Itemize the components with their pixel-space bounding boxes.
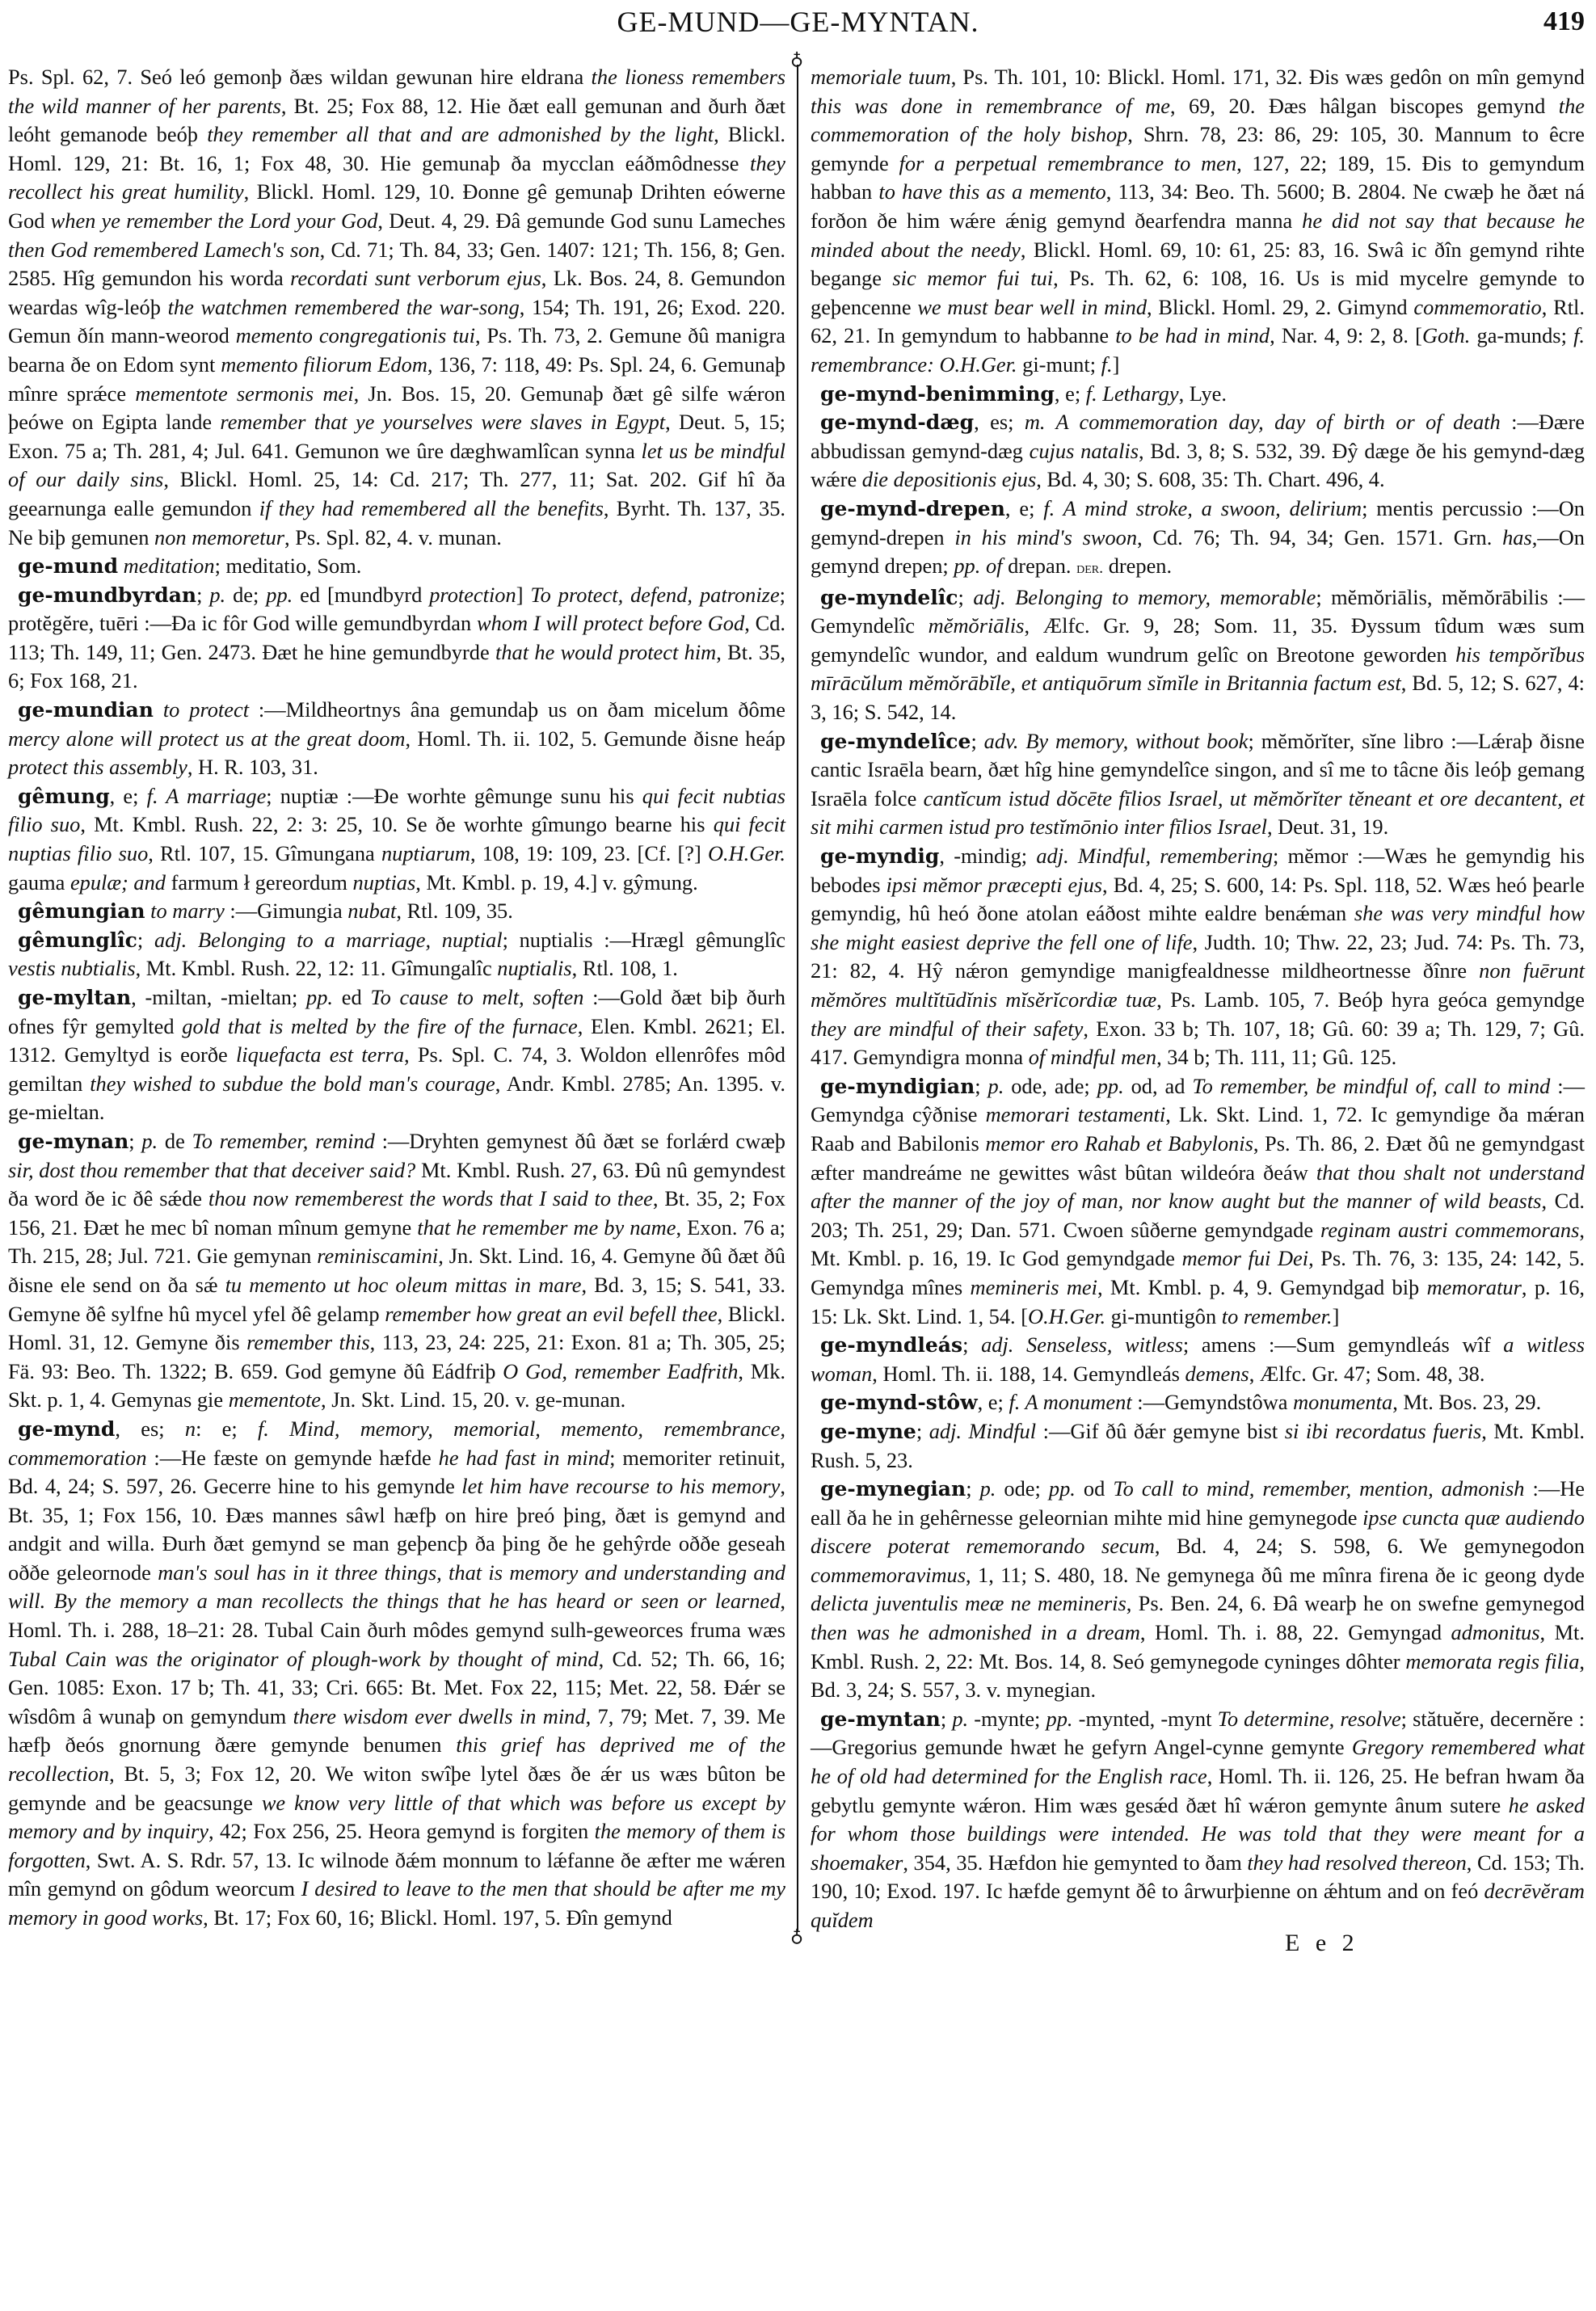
- entry-text: gauma: [8, 870, 70, 895]
- entry-text: , e;: [1005, 496, 1043, 520]
- entry-text: , 69, 20. Ðæs hâlgan biscopes gemynd: [1170, 94, 1559, 118]
- headword: ge-mynan: [18, 1130, 128, 1153]
- italic-gloss: To remember, be mindful of, call to mind: [1192, 1074, 1550, 1098]
- entry-text: :—Gimungia: [225, 899, 347, 923]
- entry-text: drepan.: [1002, 554, 1076, 578]
- dictionary-entry: ge-myndleás; adj. Senseless, witless; am…: [811, 1331, 1585, 1388]
- italic-gloss: p.: [209, 583, 225, 607]
- italic-gloss: the watchmen remembered the war-song: [168, 295, 520, 319]
- italic-gloss: we must bear well in mind: [917, 295, 1147, 319]
- entry-text: ]: [1113, 352, 1120, 377]
- page-number: 419: [1543, 6, 1585, 37]
- entry-text: ga-munds;: [1470, 323, 1573, 347]
- entry-text: , Blickl. Homl. 29, 2. Gimynd: [1147, 295, 1413, 319]
- entry-text: :—He fæste on gemynde hæfde: [147, 1446, 439, 1470]
- italic-gloss: that he remember me by name: [417, 1215, 676, 1240]
- italic-gloss: To protect, defend, patronize: [530, 583, 779, 607]
- headword: ge-mynd-benimming: [820, 382, 1055, 406]
- entry-text: , Homl. Th. i. 88, 22. Gemyngad: [1140, 1620, 1451, 1644]
- entry-text: ode, ade;: [1004, 1074, 1097, 1098]
- entry-text: , -mindig;: [939, 844, 1036, 868]
- entry-text: od: [1076, 1476, 1113, 1501]
- headword: gêmunglîc: [18, 928, 137, 952]
- italic-gloss: remember this: [246, 1330, 370, 1354]
- entry-text: de;: [225, 583, 266, 607]
- dictionary-entry: ge-myne; adj. Mindful :—Gif ðû ðǽr gemyn…: [811, 1417, 1585, 1475]
- dictionary-entry: ge-myndelîc; adj. Belonging to memory, m…: [811, 583, 1585, 727]
- small-caps-abbrev: der.: [1076, 559, 1103, 577]
- italic-gloss: monumenta: [1293, 1390, 1392, 1414]
- italic-gloss: vestis nubtialis: [8, 956, 136, 980]
- italic-gloss: cujus natalis: [1030, 439, 1139, 463]
- italic-gloss: p.: [988, 1074, 1004, 1098]
- italic-gloss: To call to mind, remember, mention, admo…: [1113, 1476, 1524, 1501]
- italic-gloss: of mindful men: [1029, 1045, 1156, 1069]
- italic-gloss: they wished to subdue the bold man's cou…: [90, 1071, 495, 1096]
- entry-text: , Ps. Spl. 82, 4. v. munan.: [284, 525, 502, 549]
- italic-gloss: to be had in mind: [1115, 323, 1270, 347]
- entry-text: :—Dryhten gemynest ðû ðæt se forlǽrd cwæ…: [375, 1129, 785, 1153]
- entry-text: , e;: [110, 784, 147, 808]
- italic-gloss: p.: [141, 1129, 158, 1153]
- italic-gloss: memento congregationis tui: [236, 323, 475, 347]
- entry-text: , Mt. Bos. 23, 29.: [1392, 1390, 1541, 1414]
- italic-gloss: memento filiorum Edom: [221, 352, 427, 377]
- italic-gloss: to protect: [163, 697, 249, 722]
- italic-gloss: sic memor fui tui: [892, 266, 1053, 290]
- italic-gloss: then was he admonished in a dream: [811, 1620, 1140, 1644]
- italic-gloss: nubat: [347, 899, 396, 923]
- italic-gloss: commemoratio: [1413, 295, 1541, 319]
- entry-text: ]: [1333, 1304, 1340, 1328]
- continued-entry-text: memoriale tuum, Ps. Th. 101, 10: Blickl.…: [811, 63, 1585, 380]
- dictionary-entry: gêmungian to marry :—Gimungia nubat, Rtl…: [8, 897, 785, 926]
- dictionary-entry: ge-myntan; p. -mynte; pp. -mynted, -mynt…: [811, 1705, 1585, 1935]
- entry-text: ed: [333, 985, 370, 1009]
- entry-text: , Ps. Th. 101, 10: Blickl. Homl. 171, 32…: [951, 65, 1585, 89]
- entry-text: , Mt. Kmbl. p. 19, 4.] v. gŷmung.: [415, 870, 697, 895]
- italic-gloss: they had resolved thereon: [1247, 1850, 1466, 1875]
- italic-gloss: liquefacta est terra: [236, 1042, 404, 1067]
- italic-gloss: memoratur: [1427, 1275, 1522, 1299]
- dictionary-entry: ge-mynd-dæg, es; m. A commemoration day,…: [811, 408, 1585, 495]
- italic-gloss: memorari testamenti: [986, 1102, 1166, 1126]
- italic-gloss: gold that is melted by the fire of the f…: [182, 1014, 577, 1038]
- entry-text: , Mt. Kmbl. Rush. 22, 12: 11. Gîmungalîc: [136, 956, 498, 980]
- italic-gloss: epulæ; and: [70, 870, 166, 895]
- entry-text: , Mt. Kmbl. p. 4, 9. Gemyndgad biþ: [1097, 1275, 1427, 1299]
- headword: ge-myne: [820, 1420, 916, 1443]
- column-rule-bottom-ornament-icon: ♁: [790, 1927, 803, 1945]
- dictionary-entry: ge-myltan, -miltan, -mieltan; pp. ed To …: [8, 983, 785, 1127]
- headword: ge-mynd: [18, 1417, 115, 1441]
- headword: ge-myndelîce: [820, 730, 971, 753]
- entry-text: ;: [975, 1074, 987, 1098]
- italic-gloss: tu memento ut hoc oleum mittas in mare: [225, 1273, 582, 1297]
- italic-gloss: ipsi mĕmor præcepti ejus: [886, 873, 1103, 897]
- dictionary-entry: ge-mynd-benimming, e; f. Lethargy, Lye.: [811, 380, 1585, 409]
- italic-gloss: that he would protect him: [495, 640, 716, 664]
- italic-gloss: memineris mei: [971, 1275, 1097, 1299]
- dictionary-entry: gêmung, e; f. A marriage; nuptiæ :—Ðe wo…: [8, 782, 785, 897]
- italic-gloss: then God remembered Lamech's son: [8, 238, 320, 262]
- dictionary-entry: ge-mundian to protect :—Mildheortnys âna…: [8, 696, 785, 782]
- italic-gloss: die depositionis ejus: [862, 467, 1037, 491]
- dictionary-entry: ge-mynan; p. de To remember, remind :—Dr…: [8, 1127, 785, 1415]
- italic-gloss: protection: [429, 583, 516, 607]
- italic-gloss: memor fui Dei: [1182, 1246, 1309, 1270]
- headword: ge-mundian: [18, 698, 154, 722]
- entry-text: , Rtl. 108, 1.: [572, 956, 678, 980]
- italic-gloss: O.H.Ger.: [708, 841, 785, 865]
- dictionary-entry: ge-mynd-stôw, e; f. A monument :—Gemynds…: [811, 1388, 1585, 1417]
- entry-text: , Cd. 76; Th. 94, 34; Gen. 1571. Grn.: [1137, 525, 1502, 549]
- italic-gloss: demens: [1185, 1362, 1249, 1386]
- italic-gloss: has: [1502, 525, 1532, 549]
- entry-text: , es;: [115, 1416, 184, 1441]
- headword: ge-myndleás: [820, 1333, 962, 1357]
- italic-gloss: for a perpetual remembrance to men: [899, 151, 1237, 175]
- entry-text: gi-munt;: [1017, 352, 1101, 377]
- entry-text: ed [mundbyrd: [293, 583, 429, 607]
- italic-gloss: pp.: [1046, 1707, 1073, 1731]
- headword: ge-mund: [18, 554, 118, 578]
- entry-text: ;: [941, 1707, 952, 1731]
- italic-gloss: O God, remember Eadfrith: [503, 1359, 738, 1383]
- entry-text: od, ad: [1124, 1074, 1193, 1098]
- entry-text: Ps. Spl. 62, 7. Seó leó gemonþ ðæs wilda…: [8, 65, 592, 89]
- italic-gloss: if they had remembered all the benefits: [259, 496, 604, 520]
- entry-text: , Bd. 4, 30; S. 608, 35: Th. Chart. 496,…: [1036, 467, 1384, 491]
- italic-gloss: p.: [980, 1476, 996, 1501]
- italic-gloss: non memoretur: [154, 525, 284, 549]
- italic-gloss: nuptialis: [497, 956, 571, 980]
- italic-gloss: adj. Senseless, witless: [981, 1332, 1183, 1357]
- entry-text: ]: [516, 583, 531, 607]
- entry-text: , 34 b; Th. 111, 11; Gû. 125.: [1156, 1045, 1396, 1069]
- entry-text: , Mt. Kmbl. Rush. 22, 2: 3: 25, 10. Se ð…: [80, 812, 713, 836]
- entry-text: ; nuptialis :—Hrægl gêmunglîc: [503, 928, 785, 952]
- italic-gloss: adj. Mindful: [929, 1419, 1036, 1443]
- entry-text: : e;: [196, 1416, 258, 1441]
- italic-gloss: memor ero Rahab et Babylonis: [985, 1131, 1253, 1155]
- entry-text: ;: [137, 928, 154, 952]
- italic-gloss: they remember all that and are admonishe…: [207, 122, 714, 146]
- italic-gloss: meditation: [124, 554, 215, 578]
- italic-gloss: pp.: [1049, 1476, 1076, 1501]
- italic-gloss: f. A monument: [1009, 1390, 1131, 1414]
- italic-gloss: adj. Belonging to memory, memorable: [973, 585, 1316, 609]
- italic-gloss: Goth.: [1422, 323, 1470, 347]
- headword: gêmungian: [18, 899, 145, 923]
- italic-gloss: f. A mind stroke, a swoon, delirium: [1043, 496, 1362, 520]
- italic-gloss: f. Lethargy: [1086, 381, 1179, 406]
- italic-gloss: thou now rememberest the words that I sa…: [208, 1186, 653, 1210]
- headword: ge-mynd-dæg: [820, 410, 974, 434]
- entry-text: -mynted, -mynt: [1073, 1707, 1218, 1731]
- italic-gloss: recordati sunt verborum ejus: [290, 266, 541, 290]
- entry-text: , Lye.: [1179, 381, 1227, 406]
- italic-gloss: memoriale tuum: [811, 65, 951, 89]
- italic-gloss: Tubal Cain was the originator of plough-…: [8, 1647, 599, 1671]
- entry-text: :—Gemyndstôwa: [1132, 1390, 1293, 1414]
- entry-text: , Jn. Skt. Lind. 15, 20. v. ge-munan.: [321, 1387, 625, 1412]
- italic-gloss: adv. By memory, without book: [984, 729, 1249, 753]
- entry-text: ;: [962, 1332, 981, 1357]
- continued-entry-text: Ps. Spl. 62, 7. Seó leó gemonþ ðæs wilda…: [8, 63, 785, 552]
- italic-gloss: protect this assembly: [8, 755, 187, 779]
- italic-gloss: to have this as a memento: [878, 179, 1105, 204]
- entry-text: , Bt. 17; Fox 60, 16; Blickl. Homl. 197,…: [203, 1905, 672, 1930]
- italic-gloss: whom I will protect before God: [477, 611, 744, 635]
- italic-gloss: To remember, remind: [192, 1129, 375, 1153]
- entry-text: ;: [971, 729, 983, 753]
- entry-text: drepen.: [1103, 554, 1172, 578]
- entry-text: , Deut. 31, 19.: [1267, 815, 1388, 839]
- dictionary-entry: gêmunglîc; adj. Belonging to a marriage,…: [8, 926, 785, 983]
- dictionary-entry: ge-mynd-drepen, e; f. A mind stroke, a s…: [811, 495, 1585, 583]
- entry-text: , Ælfc. Gr. 47; Som. 48, 38.: [1249, 1362, 1485, 1386]
- entry-text: , Rtl. 109, 35.: [396, 899, 512, 923]
- headword: gêmung: [18, 785, 110, 808]
- entry-text: de: [158, 1129, 192, 1153]
- headword: ge-mynd-drepen: [820, 497, 1005, 520]
- italic-gloss: pp.: [266, 583, 293, 607]
- italic-gloss: O.H.Ger.: [1028, 1304, 1105, 1328]
- italic-gloss: remember that ye yourselves were slaves …: [220, 410, 665, 434]
- italic-gloss: reginam austri commemorans: [1320, 1218, 1579, 1242]
- dictionary-entry: ge-myndelîce; adv. By memory, without bo…: [811, 727, 1585, 842]
- entry-text: [118, 554, 124, 578]
- entry-text: :—Mildheortnys âna gemundaþ us on ðam mi…: [249, 697, 785, 722]
- italic-gloss: To cause to melt, soften: [370, 985, 583, 1009]
- headword: ge-myndig: [820, 844, 939, 868]
- dictionary-entry: ge-mynegian; p. ode; pp. od To call to m…: [811, 1475, 1585, 1705]
- italic-gloss: mementote: [229, 1387, 321, 1412]
- entry-text: , 354, 35. Hæfdon hie gemynted to ðam: [903, 1850, 1247, 1875]
- entry-text: , Bd. 4, 24; S. 598, 6. We gemynegodon: [1155, 1534, 1585, 1558]
- entry-text: , Nar. 4, 9: 2, 8. [: [1270, 323, 1422, 347]
- italic-gloss: in his mind's swoon: [954, 525, 1137, 549]
- entry-text: -mynte;: [968, 1707, 1046, 1731]
- italic-gloss: pp.: [1097, 1074, 1124, 1098]
- italic-gloss: this was done in remembrance of me: [811, 94, 1170, 118]
- headword: ge-mynd-stôw: [820, 1391, 978, 1414]
- italic-gloss: he had fast in mind: [439, 1446, 609, 1470]
- italic-gloss: mĕmŏriālis: [929, 613, 1025, 638]
- italic-gloss: si ibi recordatus fueris: [1285, 1419, 1482, 1443]
- italic-gloss: n: [185, 1416, 196, 1441]
- italic-gloss: mementote sermonis mei: [135, 381, 353, 406]
- entry-text: ;: [958, 585, 974, 609]
- entry-text: , 1, 11; S. 480, 18. Ne gemynega ðû me m…: [966, 1563, 1585, 1587]
- entry-text: ; amens :—Sum gemyndleás wîf: [1183, 1332, 1503, 1357]
- italic-gloss: To determine, resolve: [1218, 1707, 1401, 1731]
- headword: ge-myndelîc: [820, 586, 958, 609]
- italic-gloss: cantĭcum istud dŏcēte fīlios Israel, ut …: [811, 786, 1585, 840]
- entry-text: , e;: [978, 1390, 1009, 1414]
- signature-mark: E e 2: [1285, 1930, 1359, 1957]
- headword: ge-mundbyrdan: [18, 583, 196, 607]
- italic-gloss: let him have recourse to his memory: [461, 1474, 780, 1498]
- entry-text: , Rtl. 107, 15. Gîmungana: [148, 841, 381, 865]
- entry-text: :—Gif ðû ðǽr gemyne bist: [1036, 1419, 1285, 1443]
- entry-text: , Ps. Ben. 24, 6. Ðâ wearþ he on swefne …: [1126, 1591, 1585, 1615]
- italic-gloss: pp.: [306, 985, 333, 1009]
- italic-gloss: when ye remember the Lord your God: [51, 208, 378, 233]
- entry-text: ;: [196, 583, 209, 607]
- italic-gloss: adj. Belonging to a marriage, nuptial: [154, 928, 503, 952]
- dictionary-entry: ge-mund meditation; meditatio, Som.: [8, 552, 785, 581]
- right-column: memoriale tuum, Ps. Th. 101, 10: Blickl.…: [811, 63, 1585, 1935]
- column-divider: [797, 65, 798, 1931]
- entry-text: farmum ł gereordum: [166, 870, 353, 895]
- entry-text: , e;: [1055, 381, 1086, 406]
- italic-gloss: pp. of: [954, 554, 1002, 578]
- italic-gloss: to marry: [150, 899, 225, 923]
- entry-text: ; meditatio, Som.: [215, 554, 362, 578]
- italic-gloss: commemoravimus: [811, 1563, 966, 1587]
- entry-text: , -miltan, -mieltan;: [131, 985, 306, 1009]
- entry-text: gi-muntigôn: [1105, 1304, 1222, 1328]
- headword: ge-myltan: [18, 986, 131, 1009]
- entry-text: ode;: [996, 1476, 1049, 1501]
- entry-text: , Ps. Lamb. 105, 7. Beóþ hyra geóca gemy…: [1156, 987, 1585, 1012]
- headword: ge-myntan: [820, 1707, 941, 1731]
- dictionary-entry: ge-mynd, es; n: e; f. Mind, memory, memo…: [8, 1415, 785, 1933]
- italic-gloss: nuptiarum: [381, 841, 470, 865]
- entry-text: , Deut. 4, 29. Ðâ gemunde God sunu Lamec…: [377, 208, 785, 233]
- entry-text: ;: [966, 1476, 979, 1501]
- entry-text: , Homl. Th. ii. 102, 5. Gemunde ðisne he…: [406, 726, 786, 751]
- headword: ge-mynegian: [820, 1477, 966, 1501]
- italic-gloss: f.: [1101, 352, 1113, 377]
- dictionary-entry: ge-myndigian; p. ode, ade; pp. od, ad To…: [811, 1072, 1585, 1331]
- italic-gloss: sir, dost thou remember that that deceiv…: [8, 1158, 415, 1182]
- entry-text: [154, 697, 163, 722]
- running-head: GE-MUND—GE-MYNTAN.: [0, 5, 1596, 39]
- italic-gloss: adj. Mindful, remembering: [1036, 844, 1273, 868]
- page-header: GE-MUND—GE-MYNTAN. 419: [0, 0, 1596, 48]
- dictionary-entry: ge-myndig, -mindig; adj. Mindful, rememb…: [811, 842, 1585, 1072]
- italic-gloss: to remember.: [1222, 1304, 1333, 1328]
- italic-gloss: p.: [952, 1707, 968, 1731]
- entry-text: ;: [128, 1129, 141, 1153]
- italic-gloss: remember how great an evil befell thee: [385, 1302, 717, 1326]
- entry-text: ;: [916, 1419, 929, 1443]
- dictionary-entry: ge-mundbyrdan; p. de; pp. ed [mundbyrd p…: [8, 581, 785, 696]
- italic-gloss: m. A commemoration day, day of birth or …: [1025, 410, 1501, 434]
- left-column: Ps. Spl. 62, 7. Seó leó gemonþ ðæs wilda…: [8, 63, 785, 1933]
- entry-text: , es;: [974, 410, 1025, 434]
- italic-gloss: memorata regis filia: [1405, 1649, 1579, 1673]
- headword: ge-myndigian: [820, 1075, 975, 1098]
- entry-text: , 108, 19: 109, 23. [Cf. [?]: [470, 841, 708, 865]
- entry-text: , 42; Fox 256, 25. Heora gemynd is forgi…: [208, 1819, 595, 1843]
- italic-gloss: there wisdom ever dwells in mind: [293, 1704, 586, 1728]
- italic-gloss: nuptias: [353, 870, 416, 895]
- entry-text: , Homl. Th. ii. 188, 14. Gemyndleás: [872, 1362, 1185, 1386]
- italic-gloss: delicta juventulis meæ ne memineris: [811, 1591, 1126, 1615]
- italic-gloss: f. A marriage: [147, 784, 267, 808]
- italic-gloss: reminiscamini: [317, 1244, 438, 1268]
- italic-gloss: mercy alone will protect us at the great…: [8, 726, 406, 751]
- italic-gloss: admonitus: [1451, 1620, 1540, 1644]
- entry-text: ; nuptiæ :—Ðe worhte gêmunge sunu his: [266, 784, 642, 808]
- italic-gloss: they are mindful of their safety: [811, 1017, 1083, 1041]
- entry-text: , H. R. 103, 31.: [187, 755, 318, 779]
